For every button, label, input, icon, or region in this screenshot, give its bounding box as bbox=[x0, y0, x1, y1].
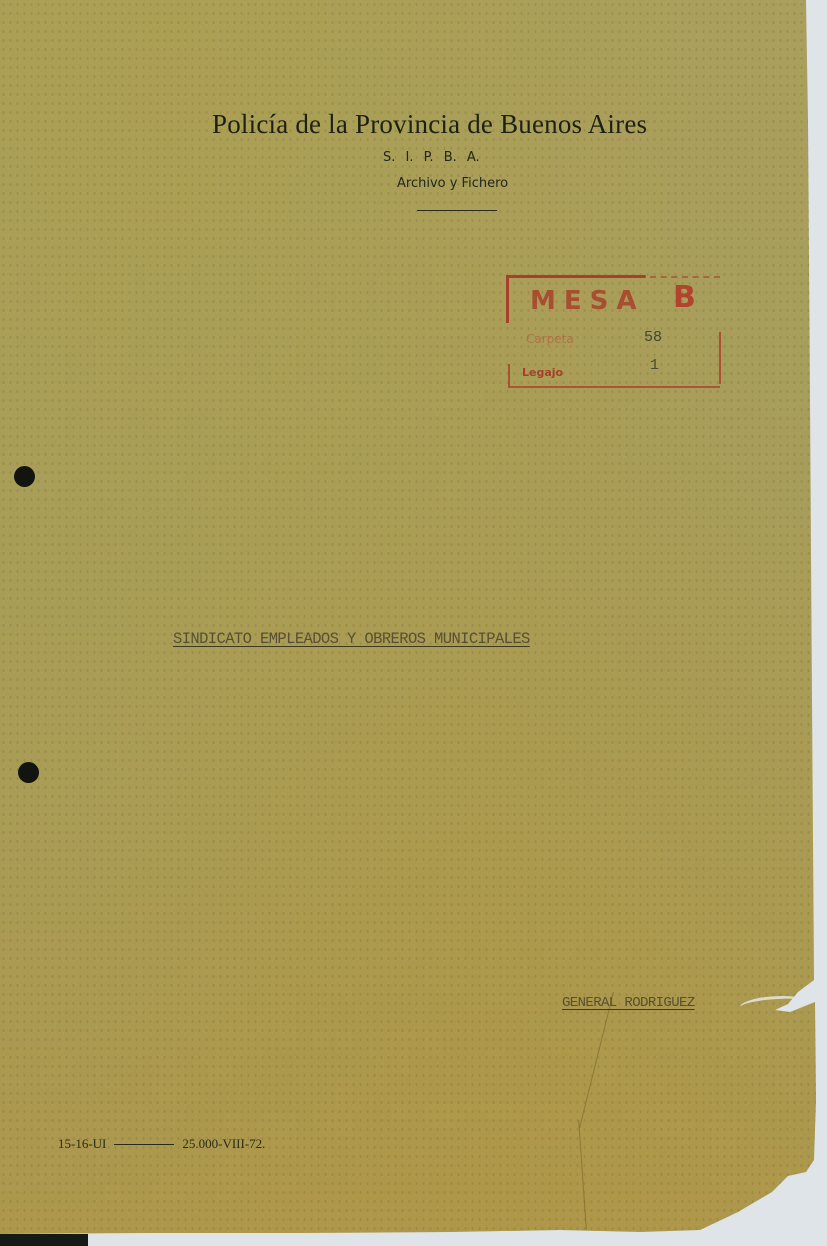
stamp-mesa-letter: B bbox=[673, 280, 696, 315]
stamp-border bbox=[508, 364, 510, 388]
stamp-legajo-value: 1 bbox=[650, 357, 659, 374]
stamp-border bbox=[650, 276, 720, 278]
stamp-border bbox=[719, 332, 721, 384]
locality-name: GENERAL RODRIGUEZ bbox=[562, 995, 695, 1011]
document-title: Policía de la Provincia de Buenos Aires bbox=[212, 109, 702, 140]
stamp-border bbox=[510, 386, 720, 388]
footer-dash bbox=[114, 1144, 174, 1145]
form-code: 15-16-UI bbox=[58, 1136, 106, 1152]
department-name: Archivo y Fichero bbox=[397, 176, 537, 191]
stamp-carpeta-label: Carpeta bbox=[526, 332, 574, 346]
stamp-border bbox=[506, 275, 646, 278]
folder-cover: Policía de la Provincia de Buenos Aires … bbox=[0, 0, 827, 1246]
mesa-stamp: MESA B Carpeta 58 Legajo 1 bbox=[500, 272, 725, 392]
stamp-mesa-label: MESA bbox=[530, 286, 644, 316]
stamp-legajo-label: Legajo bbox=[522, 366, 563, 379]
stamp-border bbox=[506, 275, 509, 323]
header-divider bbox=[417, 210, 497, 211]
agency-acronym: S. I. P. B. A. bbox=[383, 150, 523, 165]
subject-organization: SINDICATO EMPLEADOS Y OBREROS MUNICIPALE… bbox=[173, 630, 530, 648]
punch-hole bbox=[18, 762, 39, 783]
print-run: 25.000-VIII-72. bbox=[182, 1136, 265, 1152]
stamp-carpeta-value: 58 bbox=[644, 329, 662, 346]
punch-hole bbox=[14, 466, 35, 487]
scanner-edge bbox=[0, 1234, 88, 1246]
form-footer: 15-16-UI 25.000-VIII-72. bbox=[58, 1136, 265, 1152]
